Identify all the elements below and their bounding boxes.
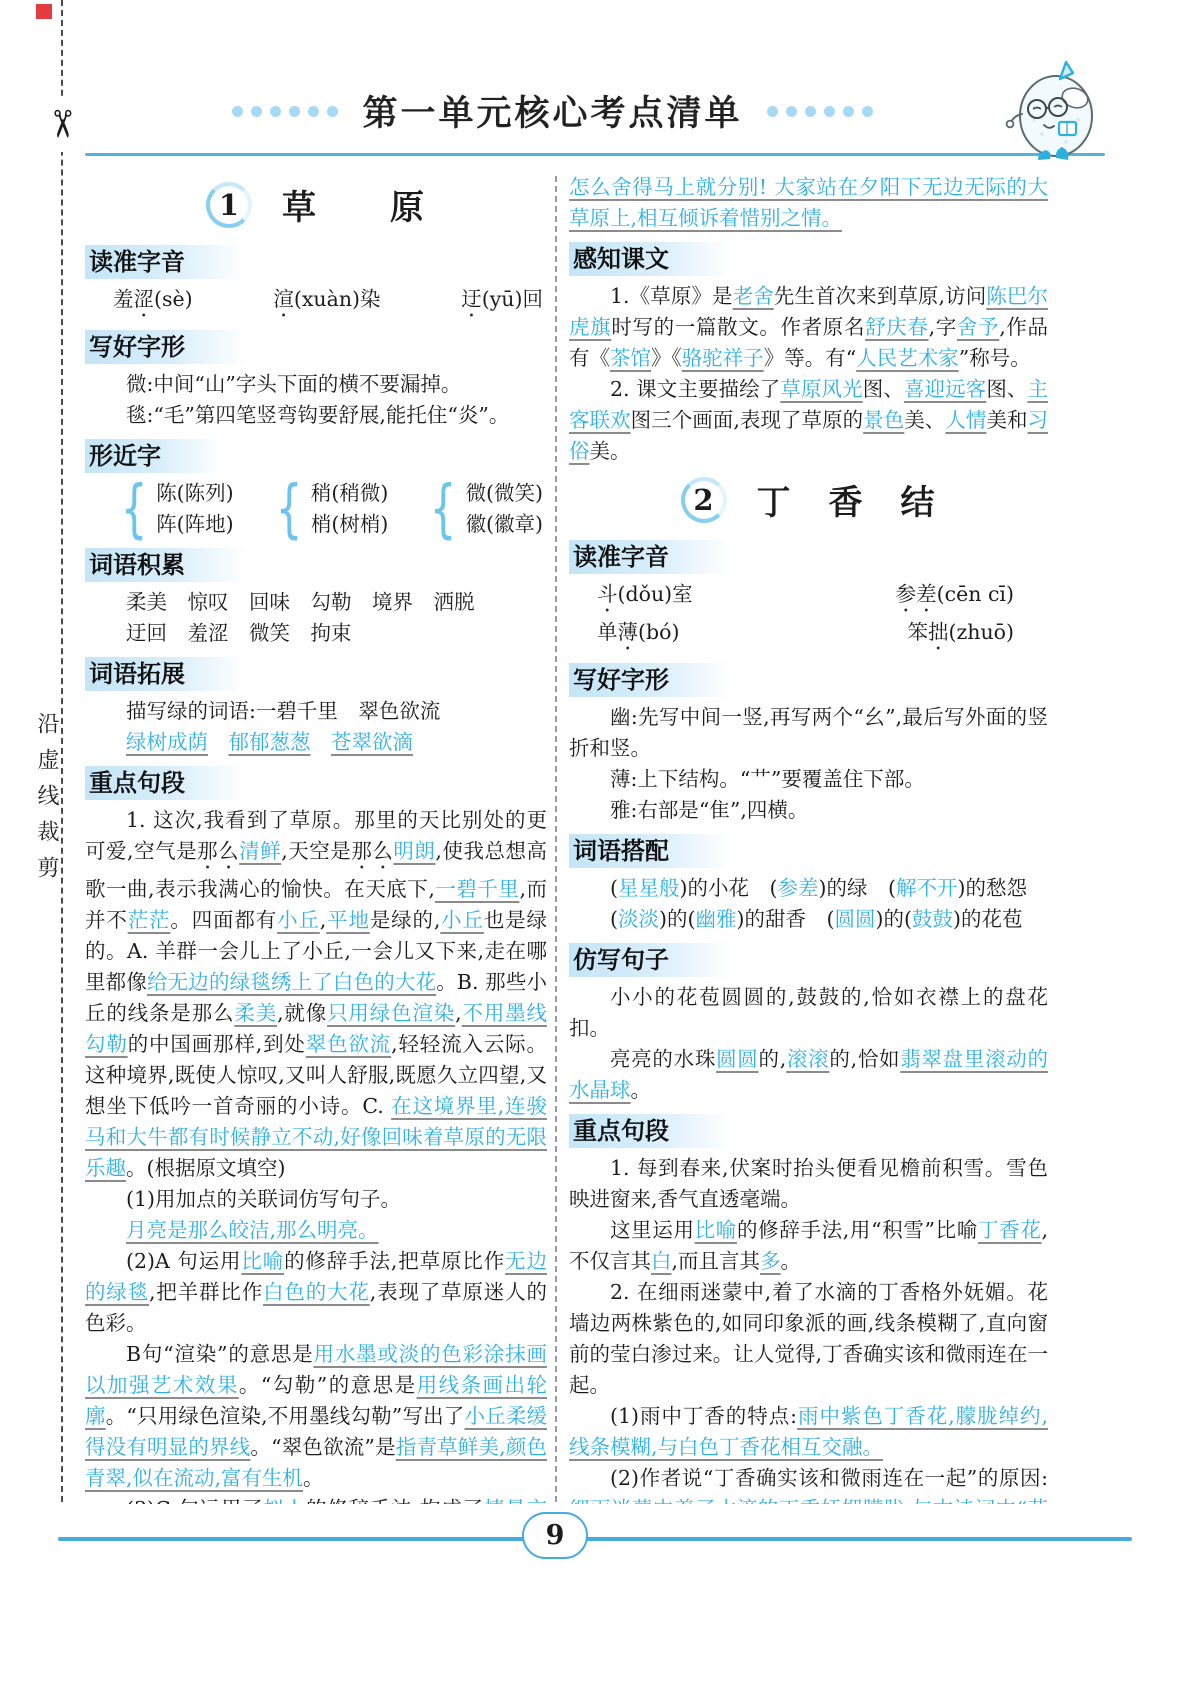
- pinyin-item: 迂(yū)回: [461, 284, 543, 322]
- paragraph: 亮亮的水珠圆圆的,滚滚的,恰如翡翠盘里滚动的水晶球。: [569, 1044, 1048, 1106]
- paragraph: 2. 在细雨迷蒙中,着了水滴的丁香格外妩媚。花墙边两株紫色的,如同印象派的画,线…: [569, 1277, 1048, 1401]
- cut-note-vertical-text: 沿虚线裁剪: [31, 712, 62, 892]
- body-text: (1)雨中丁香的特点:: [610, 1404, 797, 1428]
- paragraph: 2. 课文主要描绘了草原风光图、喜迎远客图、主客联欢图三个画面,表现了草原的景色…: [569, 374, 1048, 467]
- body-text: 。: [303, 1466, 324, 1490]
- paragraph: 雅:右部是“隹”,四横。: [569, 795, 1048, 826]
- section-label: 写好字形: [85, 330, 247, 364]
- lesson-title: 2丁 香 结: [569, 475, 1048, 524]
- paragraph: (淡淡)的(幽雅)的甜香 (圆圆)的(鼓鼓)的花苞: [569, 904, 1048, 935]
- body-text: 单: [597, 620, 618, 644]
- highlight-answer-text: 月亮是那么皎洁,那么明亮。: [126, 1218, 379, 1242]
- highlight-answer-text: 多: [760, 1249, 781, 1273]
- body-text: (2)A 句运用: [126, 1249, 241, 1273]
- highlight-answer-text: 小丘: [440, 908, 484, 932]
- accent-text: 星星般: [618, 876, 680, 900]
- paragraph: 描写绿的词语:一碧千里 翠色欲流: [85, 696, 547, 727]
- highlight-answer-text: 草原风光: [780, 377, 862, 401]
- similar-chars-top: 陈(陈列): [156, 478, 234, 509]
- workbook-page: ✂ 沿虚线裁剪 第一单元核心考点清单 1草 原读准字: [0, 0, 1191, 1684]
- lesson-number-badge: 1: [206, 182, 252, 228]
- section-header: 词语拓展: [85, 657, 547, 691]
- similar-chars-row: {陈(陈列)阵(阵地){稍(稍微)梢(树梢){微(微笑)徽(徽章): [115, 478, 547, 540]
- similar-chars-stack: 陈(陈列)阵(阵地): [156, 478, 234, 540]
- body-text: (3)C 句运用了: [126, 1497, 263, 1504]
- paragraph: (2)A 句运用比喻的修辞手法,把草原比作无边的绿毯,把羊群比作白色的大花,表现…: [85, 1246, 547, 1339]
- body-text: )的小花 (: [680, 876, 778, 900]
- emphasis-dotted-text: 参差: [896, 582, 937, 606]
- pinyin-item: 笨拙(zhuō): [907, 617, 1014, 655]
- lesson-title-text: 丁 香 结: [757, 475, 937, 524]
- section-header: 写好字形: [569, 663, 1048, 697]
- body-text: (: [610, 876, 618, 900]
- decorative-dots-right: [767, 106, 873, 117]
- section-header: 仿写句子: [569, 943, 1048, 977]
- paragraph: 绿树成荫 郁郁葱葱 苍翠欲滴: [85, 727, 547, 758]
- similar-chars-bottom: 徽(徽章): [466, 509, 544, 540]
- paragraph: 柔美 惊叹 回味 勾勒 境界 洒脱: [85, 587, 547, 618]
- highlight-answer-text: 清鲜: [239, 839, 281, 863]
- similar-chars-top: 微(微笑): [466, 478, 544, 509]
- highlight-answer-text: 白: [651, 1249, 672, 1273]
- highlight-answer-text: 喜迎远客: [904, 377, 986, 401]
- similar-chars-group: {稍(稍微)梢(树梢): [270, 478, 389, 540]
- brace-icon: {: [275, 478, 302, 541]
- section-label: 词语搭配: [569, 834, 731, 868]
- emphasis-dotted-text: 那么: [197, 839, 239, 863]
- body-text: 的修辞手法,构成了: [306, 1497, 484, 1504]
- paragraph: 月亮是那么皎洁,那么明亮。: [85, 1215, 547, 1246]
- decorative-dot: [843, 106, 854, 117]
- body-text: 图、: [986, 377, 1027, 401]
- paragraph: 小小的花苞圆圆的,鼓鼓的,恰如衣襟上的盘花扣。: [569, 982, 1048, 1044]
- body-text: 时写的一篇散文。作者原名: [611, 315, 865, 339]
- highlight-answer-text: 骆驼祥子: [682, 346, 764, 370]
- highlight-answer-text: 给无边的绿毯绣上了白色的大花: [147, 970, 436, 994]
- body-text: (bó): [638, 620, 679, 644]
- page-title: 第一单元核心考点清单: [362, 86, 742, 136]
- lesson-title: 1草 原: [85, 180, 547, 229]
- body-text: 先生首次来到草原,访问: [774, 284, 987, 308]
- decorative-dot: [824, 106, 835, 117]
- body-text: 。“翠色欲流”是: [250, 1435, 395, 1459]
- highlight-answer-text: 拟人: [263, 1497, 306, 1504]
- similar-chars-stack: 微(微笑)徽(徽章): [466, 478, 544, 540]
- pinyin-item: 渲(xuàn)染: [273, 284, 380, 322]
- pinyin-item: 羞涩(sè): [113, 284, 193, 322]
- section-header: 感知课文: [569, 242, 1048, 276]
- section-label: 仿写句子: [569, 943, 731, 977]
- body-text: (sè): [154, 287, 193, 311]
- emphasis-dotted-text: 斗: [597, 582, 618, 606]
- highlight-answer-text: 细雨迷蒙中着了水滴的丁香妩媚朦胧,与古诗词中“芭蕉不展丁香结”“丁香空结雨中愁”…: [569, 1497, 1048, 1504]
- similar-chars-group: {陈(陈列)阵(阵地): [115, 478, 234, 540]
- body-text: [208, 730, 229, 754]
- highlight-answer-text: 郁郁葱葱: [229, 730, 311, 754]
- section-header: 写好字形: [85, 330, 547, 364]
- body-text: 图、: [863, 377, 904, 401]
- highlight-answer-text: 茫茫: [128, 908, 171, 932]
- body-text: ,把羊群比作: [149, 1280, 263, 1304]
- decorative-dot: [270, 106, 281, 117]
- body-text: 是绿的,: [370, 908, 441, 932]
- paragraph: 1.《草原》是老舍先生首次来到草原,访问陈巴尔虎旗时写的一篇散文。作者原名舒庆春…: [569, 281, 1048, 374]
- pinyin-row: 斗(dǒu)室参差(cēn cī): [569, 579, 1048, 617]
- accent-text: 鼓鼓: [912, 907, 953, 931]
- brace-icon: {: [430, 478, 457, 541]
- similar-chars-stack: 稍(稍微)梢(树梢): [311, 478, 389, 540]
- paragraph: (星星般)的小花 (参差)的绿 (解不开)的愁怨: [569, 873, 1048, 904]
- body-text: 这里运用: [610, 1218, 695, 1242]
- body-text: ,而且言其: [672, 1249, 761, 1273]
- body-text: (zhuō): [948, 620, 1014, 644]
- lesson-title-text: 草 原: [282, 180, 426, 229]
- highlight-answer-text: 滚滚: [786, 1047, 829, 1071]
- highlight-answer-text: 一碧千里: [435, 877, 520, 901]
- highlight-answer-text: 绿树成荫: [126, 730, 208, 754]
- section-label: 形近字: [85, 439, 223, 473]
- page-number-badge: 9: [522, 1512, 588, 1559]
- body-text: 1.《草原》是: [610, 284, 733, 308]
- body-text: 1. 每到春来,伏案时抬头便看见檐前积雪。雪色映进窗来,香气直透毫端。: [569, 1156, 1048, 1211]
- paragraph: 微:中间“山”字头下面的横不要漏掉。: [85, 369, 547, 400]
- emphasis-dotted-text: 迂: [461, 287, 482, 311]
- accent-text: 解不开: [896, 876, 958, 900]
- section-header: 重点句段: [85, 766, 547, 800]
- body-text: 。: [631, 1078, 652, 1102]
- body-text: 2. 在细雨迷蒙中,着了水滴的丁香格外妩媚。花墙边两株紫色的,如同印象派的画,线…: [569, 1280, 1048, 1397]
- footer-rule: [58, 1537, 1132, 1541]
- paragraph: (1)雨中丁香的特点:雨中紫色丁香花,朦胧绰约,线条模糊,与白色丁香花相互交融。: [569, 1401, 1048, 1463]
- pinyin-item: 斗(dǒu)室: [597, 579, 693, 617]
- decorative-dot: [805, 106, 816, 117]
- highlight-answer-text: 茶馆: [610, 346, 651, 370]
- body-text: ”称号。: [959, 346, 1031, 370]
- section-label: 词语拓展: [85, 657, 247, 691]
- highlight-answer-text: 舒庆春: [865, 315, 928, 339]
- body-text: 笨: [907, 620, 928, 644]
- decorative-dot: [251, 106, 262, 117]
- brace-icon: {: [121, 478, 148, 541]
- decorative-dot: [289, 106, 300, 117]
- body-text: 毯:“毛”第四笔竖弯钩要舒展,能托住“炎”。: [126, 403, 509, 427]
- accent-text: 幽雅: [696, 907, 737, 931]
- section-label: 词语积累: [85, 548, 247, 582]
- paragraph: (1)用加点的关联词仿写句子。: [85, 1184, 547, 1215]
- pinyin-item: 单薄(bó): [597, 617, 679, 655]
- paragraph: 毯:“毛”第四笔竖弯钩要舒展,能托住“炎”。: [85, 400, 547, 431]
- decorative-dot: [308, 106, 319, 117]
- content-columns: 1草 原读准字音羞涩(sè)渲(xuàn)染迂(yū)回写好字形微:中间“山”字…: [85, 172, 1048, 1504]
- highlight-answer-text: 比喻: [241, 1249, 284, 1273]
- section-header: 重点句段: [569, 1114, 1048, 1148]
- body-text: (yū)回: [482, 287, 543, 311]
- body-text: ,天空是: [281, 839, 351, 863]
- similar-chars-group: {微(微笑)徽(徽章): [424, 478, 543, 540]
- body-text: 的中国画那样,到处: [128, 1032, 306, 1056]
- accent-text: 参差: [778, 876, 819, 900]
- body-text: 亮亮的水珠: [610, 1047, 716, 1071]
- pinyin-item: 参差(cēn cī): [896, 579, 1014, 617]
- highlight-answer-text: 明朗: [393, 839, 435, 863]
- emphasis-dotted-text: 薄: [618, 620, 639, 644]
- body-text: )的(: [876, 907, 913, 931]
- highlight-answer-text: 怎么舍得马上就分别! 大家站在夕阳下无边无际的大草原上,相互倾诉着惜别之情。: [569, 175, 1048, 230]
- paragraph: 1. 这次,我看到了草原。那里的天比别处的更可爱,空气是那么清鲜,天空是那么明朗…: [85, 805, 547, 1184]
- emphasis-dotted-text: 那么: [351, 839, 393, 863]
- paragraph: 怎么舍得马上就分别! 大家站在夕阳下无边无际的大草原上,相互倾诉着惜别之情。: [569, 172, 1048, 234]
- paragraph: 薄:上下结构。“艹”要覆盖住下部。: [569, 764, 1048, 795]
- left-column: 1草 原读准字音羞涩(sè)渲(xuàn)染迂(yū)回写好字形微:中间“山”字…: [85, 172, 547, 1504]
- column-divider: [555, 176, 557, 1502]
- body-text: (xuàn)染: [294, 287, 381, 311]
- paragraph: (2)作者说“丁香确实该和微雨连在一起”的原因:细雨迷蒙中着了水滴的丁香妩媚朦胧…: [569, 1463, 1048, 1504]
- similar-chars-top: 稍(稍微): [311, 478, 389, 509]
- body-text: 美、: [904, 408, 945, 432]
- section-header: 词语积累: [85, 548, 547, 582]
- highlight-answer-text: 比喻: [695, 1218, 737, 1242]
- body-text: 。“勾勒”的意思是: [239, 1373, 417, 1397]
- body-text: 柔美 惊叹 回味 勾勒 境界 洒脱: [126, 590, 475, 614]
- body-text: (cēn cī): [937, 582, 1014, 606]
- body-text: )的绿 (: [819, 876, 897, 900]
- body-text: 的,恰如: [829, 1047, 900, 1071]
- body-text: 幽:先写中间一竖,再写两个“幺”,最后写外面的竖折和竖。: [569, 705, 1048, 760]
- body-text: 小小的花苞圆圆的,鼓鼓的,恰如衣襟上的盘花扣。: [569, 985, 1048, 1040]
- section-label: 写好字形: [569, 663, 731, 697]
- pinyin-row: 羞涩(sè)渲(xuàn)染迂(yū)回: [85, 284, 547, 322]
- section-label: 重点句段: [85, 766, 247, 800]
- decorative-dot: [786, 106, 797, 117]
- mascot-illustration: [1000, 54, 1106, 164]
- section-label: 重点句段: [569, 1114, 731, 1148]
- body-text: 的修辞手法,把草原比作: [284, 1249, 505, 1273]
- body-text: 。四面都有: [170, 908, 277, 932]
- decorative-dot: [767, 106, 778, 117]
- body-text: 描写绿的词语:一碧千里 翠色欲流: [126, 699, 440, 723]
- emphasis-dotted-text: 渲: [273, 287, 294, 311]
- highlight-answer-text: 人民艺术家: [856, 346, 959, 370]
- section-header: 读准字音: [85, 245, 547, 279]
- paragraph: (3)C 句运用了拟人的修辞手法,构成了情景交融的艺术境界,体现了草原风光的感染…: [85, 1494, 547, 1504]
- body-text: 迂回 羞涩 微笑 拘束: [126, 621, 352, 645]
- highlight-answer-text: 舍予: [957, 315, 999, 339]
- body-text: 》《: [651, 346, 682, 370]
- decorative-dot: [232, 106, 243, 117]
- apple-mascot-icon: [1000, 54, 1106, 164]
- body-text: 2. 课文主要描绘了: [610, 377, 780, 401]
- body-text: )的花苞: [953, 907, 1023, 931]
- body-text: (dǒu)室: [618, 582, 693, 606]
- section-label: 感知课文: [569, 242, 731, 276]
- body-text: 的修辞手法,用“积雪”比喻: [737, 1218, 978, 1242]
- section-header: 词语搭配: [569, 834, 1048, 868]
- highlight-answer-text: 老舍: [733, 284, 774, 308]
- highlight-answer-text: 人情: [945, 408, 986, 432]
- section-label: 读准字音: [85, 245, 247, 279]
- body-text: 。“只用绿色渲染,不用墨线勾勒”写出了: [106, 1404, 465, 1428]
- registration-mark: [36, 4, 52, 19]
- body-text: ,就像: [277, 1001, 327, 1025]
- decorative-dots-left: [232, 106, 338, 117]
- body-text: [311, 730, 332, 754]
- body-text: ,字: [929, 315, 957, 339]
- body-text: 雅:右部是“隹”,四横。: [610, 798, 808, 822]
- paragraph: 幽:先写中间一竖,再写两个“幺”,最后写外面的竖折和竖。: [569, 702, 1048, 764]
- body-text: B句“渲染”的意思是: [126, 1342, 314, 1366]
- section-label: 读准字音: [569, 540, 731, 574]
- body-text: 图三个画面,表现了草原的: [631, 408, 864, 432]
- lesson-number-badge: 2: [681, 477, 727, 523]
- paragraph: B句“渲染”的意思是用水墨或淡的色彩涂抹画以加强艺术效果。“勾勒”的意思是用线条…: [85, 1339, 547, 1494]
- section-header: 读准字音: [569, 540, 1048, 574]
- highlight-answer-text: 翠色欲流: [306, 1032, 391, 1056]
- decorative-dot: [327, 106, 338, 117]
- paragraph: 1. 每到春来,伏案时抬头便看见檐前积雪。雪色映进窗来,香气直透毫端。: [569, 1153, 1048, 1215]
- body-text: 》等。有“: [764, 346, 856, 370]
- body-text: (: [610, 907, 618, 931]
- paragraph: 迂回 羞涩 微笑 拘束: [85, 618, 547, 649]
- body-text: 。(根据原文填空): [126, 1156, 286, 1180]
- highlight-answer-text: 景色: [863, 408, 904, 432]
- body-text: 美和: [986, 408, 1027, 432]
- body-text: 的,: [759, 1047, 787, 1071]
- highlight-answer-text: 白色的大花: [263, 1280, 370, 1304]
- similar-chars-bottom: 阵(阵地): [156, 509, 234, 540]
- right-column: 怎么舍得马上就分别! 大家站在夕阳下无边无际的大草原上,相互倾诉着惜别之情。感知…: [569, 172, 1048, 1504]
- highlight-answer-text: 丁香花: [978, 1218, 1041, 1242]
- highlight-answer-text: 圆圆: [716, 1047, 758, 1071]
- highlight-answer-text: 平地: [326, 908, 370, 932]
- body-text: )的甜香 (: [737, 907, 835, 931]
- accent-text: 圆圆: [835, 907, 876, 931]
- decorative-dot: [862, 106, 873, 117]
- similar-chars-bottom: 梢(树梢): [311, 509, 389, 540]
- highlight-answer-text: 柔美: [234, 1001, 277, 1025]
- body-text: 。: [781, 1249, 802, 1273]
- body-text: )的愁怨: [958, 876, 1028, 900]
- pinyin-row: 单薄(bó)笨拙(zhuō): [569, 617, 1048, 655]
- page-header: 第一单元核心考点清单: [0, 86, 1105, 136]
- body-text: (2)作者说“丁香确实该和微雨连在一起”的原因:: [610, 1466, 1048, 1490]
- body-text: 羞: [113, 287, 134, 311]
- body-text: (1)用加点的关联词仿写句子。: [126, 1187, 401, 1211]
- page-number: 9: [546, 1520, 565, 1551]
- highlight-answer-text: 只用绿色渲染: [327, 1001, 455, 1025]
- body-text: 美。: [590, 439, 631, 463]
- emphasis-dotted-text: 拙: [928, 620, 949, 644]
- highlight-answer-text: 苍翠欲滴: [331, 730, 413, 754]
- highlight-answer-text: 小丘: [277, 908, 320, 932]
- body-text: 薄:上下结构。“艹”要覆盖住下部。: [610, 767, 925, 791]
- accent-text: 淡淡: [618, 907, 659, 931]
- emphasis-dotted-text: 涩: [134, 287, 155, 311]
- section-header: 形近字: [85, 439, 547, 473]
- header-rule: [85, 153, 1105, 156]
- paragraph: 这里运用比喻的修辞手法,用“积雪”比喻丁香花,不仅言其白,而且言其多。: [569, 1215, 1048, 1277]
- body-text: 微:中间“山”字头下面的横不要漏掉。: [126, 372, 461, 396]
- body-text: )的(: [659, 907, 696, 931]
